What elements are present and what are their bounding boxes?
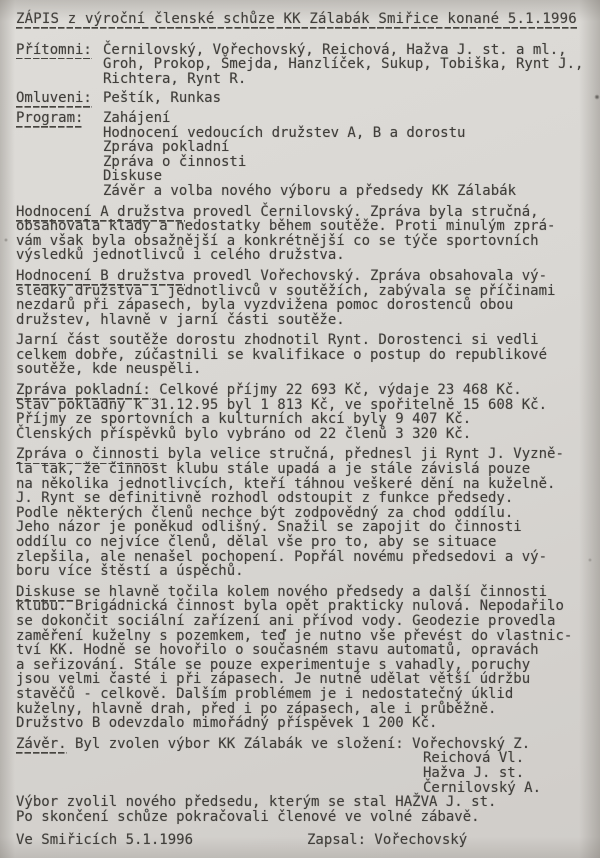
text-line: Richtera, Rynt R. xyxy=(103,72,594,87)
text-line: Po skončení schůze pokračovali členové v… xyxy=(16,810,594,825)
program-block: Program: ZahájeníHodnocení vedoucích dru… xyxy=(16,111,594,199)
text-line: se dokončit sociální zařízení ani přívod… xyxy=(16,614,594,629)
footer-signature: Zapsal: Vořechovský xyxy=(307,833,467,848)
section-treasury: Zpráva pokladní: Celkové příjmy 22 693 K… xyxy=(16,383,594,441)
text-line: zlepšila, ale nenašel pochopení. Popřál … xyxy=(16,550,594,565)
text-line: obsahovala klady a nedostatky během sout… xyxy=(16,219,594,234)
section-discussion: Diskuse se hlavně točila kolem nového př… xyxy=(16,585,594,731)
text-line: tví KK. Hodně se hovořilo o současném st… xyxy=(16,643,594,658)
program-label: Program: xyxy=(16,111,83,128)
document-title: ZÁPIS z výroční členské schůze KK Zálabá… xyxy=(16,12,577,29)
text-line: sledky družstva i jednotlivců v soutěžíc… xyxy=(16,284,594,299)
text-line: Diskuse xyxy=(103,169,594,184)
text-line: Zpráva pokladní xyxy=(103,140,594,155)
text-line: la tak, že činnost klubu stále upadá a j… xyxy=(16,462,594,477)
text-line: Hodnocení vedoucích družstev A, B a doro… xyxy=(103,126,594,141)
text-line: Jarní část soutěže dorostu zhodnotil Ryn… xyxy=(16,333,594,348)
footer: Ve Smiřicích 5.1.1996 Zapsal: Vořechovsk… xyxy=(16,833,594,848)
text-line: Členských příspěvků bylo vybráno od 22 č… xyxy=(16,427,594,442)
text-line: družstev, hlavně v jarní části soutěže. xyxy=(16,313,594,328)
footer-place-date: Ve Smiřicích 5.1.1996 xyxy=(16,832,193,848)
excused-block: Omluveni: Peštík, Runkas xyxy=(16,91,594,106)
text-line: Hažva J. st. xyxy=(423,766,594,781)
present-label: Přítomni: xyxy=(16,43,92,60)
text-line: zaměření kuželny s pozemkem, teď je nutn… xyxy=(16,629,594,644)
excused-label: Omluveni: xyxy=(16,91,92,108)
committee-names: Reichová Vl.Hažva J. st.Černilovský A. xyxy=(423,751,594,795)
text-line: oddílu co nejvíce členů, dělal vše pro t… xyxy=(16,535,594,550)
text-line: Zahájení xyxy=(103,111,594,126)
text-line: jsou velmi časté i při zápasech. Je nutn… xyxy=(16,672,594,687)
text-line: soutěže, kde neuspěli. xyxy=(16,362,594,377)
closing-lines: Výbor zvolil nového předsedu, kterým se … xyxy=(16,795,594,824)
text-line: klubu. Brigádnická činnost byla opět pra… xyxy=(16,599,594,614)
text-line: Černilovský, Vořechovský, Reichová, Hažv… xyxy=(103,43,594,58)
text-line: výsledků jednotlivců i celého družstva. xyxy=(16,248,594,263)
text-line: nezdarů při zápasech, byla vyzdvižena po… xyxy=(16,298,594,313)
text-line: Závěr a volba nového výboru a předsedy K… xyxy=(103,184,594,199)
section-lines: Jarní část soutěže dorostu zhodnotil Ryn… xyxy=(16,333,594,377)
text-line: Příjmy ze sportovních a kulturních akcí … xyxy=(16,412,594,427)
present-names: Černilovský, Vořechovský, Reichová, Hažv… xyxy=(103,43,594,87)
excused-names: Peštík, Runkas xyxy=(103,91,594,106)
section-lines: Stav pokladny k 31.12.95 byl 1 813 Kč, v… xyxy=(16,398,594,442)
text-line: Výbor zvolil nového předsedu, kterým se … xyxy=(16,795,594,810)
present-block: Přítomni: Černilovský, Vořechovský, Reic… xyxy=(16,43,594,87)
section-lines: sledky družstva i jednotlivců v soutěžíc… xyxy=(16,284,594,328)
section-text: Celkové příjmy 22 693 Kč, výdaje 23 468 … xyxy=(151,382,522,398)
text-line: Černilovský A. xyxy=(423,781,594,796)
section-team-b: Hodnocení B družstva provedl Vořechovský… xyxy=(16,269,594,327)
text-line: boru více štěstí a úspěchů. xyxy=(16,564,594,579)
text-line: J. Rynt se definitivně rozhodl odstoupit… xyxy=(16,491,594,506)
text-line: Jeho názor je poněkud odlišný. Snažil se… xyxy=(16,520,594,535)
text-line: kuželny, hlavně drah, před i po zápasech… xyxy=(16,702,594,717)
scanned-page: ZÁPIS z výroční členské schůze KK Zálabá… xyxy=(0,0,600,858)
text-line: Groh, Prokop, Šmejda, Hanzlíček, Sukup, … xyxy=(103,57,594,72)
text-line: Zpráva o činnosti xyxy=(103,155,594,170)
text-line: Družstvo B odevzdalo mimořádný příspěvek… xyxy=(16,716,594,731)
section-youth: Jarní část soutěže dorostu zhodnotil Ryn… xyxy=(16,333,594,377)
program-items: ZahájeníHodnocení vedoucích družstev A, … xyxy=(103,111,594,199)
section-activity: Zpráva o činnosti byla velice stručná, p… xyxy=(16,447,594,578)
section-lines: obsahovala klady a nedostatky během sout… xyxy=(16,219,594,263)
section-lines: la tak, že činnost klubu stále upadá a j… xyxy=(16,462,594,579)
section-heading-conclusion: Závěr. xyxy=(16,736,67,754)
section-team-a: Hodnocení A družstva provedl Černilovský… xyxy=(16,205,594,263)
section-conclusion: Závěr. Byl zvolen výbor KK Zálabák ve sl… xyxy=(16,737,594,825)
section-text: provedl Vořechovský. Zpráva obsahovala v… xyxy=(185,268,547,284)
section-lines: klubu. Brigádnická činnost byla opět pra… xyxy=(16,599,594,730)
text-line: Reichová Vl. xyxy=(423,751,594,766)
text-line: stavěčů - celkově. Dalším problémem je i… xyxy=(16,687,594,702)
